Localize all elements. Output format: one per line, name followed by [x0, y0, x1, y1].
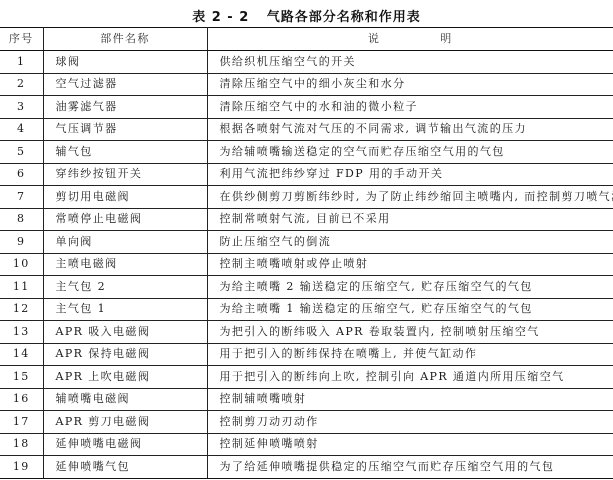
- row-serial-number: 1: [0, 51, 43, 74]
- header-description-part2: 明: [440, 32, 452, 45]
- row-description: 为给主喷嘴 1 输送稳定的压缩空气, 贮存压缩空气的气包: [207, 298, 613, 321]
- row-serial-number: 15: [0, 366, 43, 389]
- table-row: 17APR 剪刀电磁阀控制剪刀动刃动作: [0, 411, 613, 434]
- table-row: 2空气过滤器清除压缩空气中的细小灰尘和水分: [0, 73, 613, 96]
- table-row: 1球阀供给织机压缩空气的开关: [0, 51, 613, 74]
- row-description: 用于把引入的断纬向上吹, 控制引向 APR 通道内所用压缩空气: [207, 366, 613, 389]
- row-component-name: 穿纬纱按钮开关: [43, 163, 207, 186]
- row-description: 用于把引入的断纬保持在喷嘴上, 并使气缸动作: [207, 343, 613, 366]
- row-component-name: 气压调节器: [43, 118, 207, 141]
- table-row: 9单向阀防止压缩空气的倒流: [0, 231, 613, 254]
- row-serial-number: 10: [0, 253, 43, 276]
- table-caption: 表 2 - 2 气路各部分名称和作用表: [0, 6, 613, 25]
- table-row: 3油雾滤气器清除压缩空气中的水和油的微小粒子: [0, 96, 613, 119]
- row-component-name: 主气包 2: [43, 276, 207, 299]
- header-description-part1: 说: [368, 32, 380, 45]
- row-description: 为把引入的断纬吸入 APR 卷取装置内, 控制喷射压缩空气: [207, 321, 613, 344]
- row-serial-number: 5: [0, 141, 43, 164]
- table-row: 19延伸喷嘴气包为了给延伸喷嘴提供稳定的压缩空气而贮存压缩空气用的气包: [0, 456, 613, 479]
- row-description: 供给织机压缩空气的开关: [207, 51, 613, 74]
- table-number: 表 2 - 2: [192, 10, 249, 25]
- row-component-name: 常喷停止电磁阀: [43, 208, 207, 231]
- row-serial-number: 14: [0, 343, 43, 366]
- row-serial-number: 17: [0, 411, 43, 434]
- row-component-name: 主气包 1: [43, 298, 207, 321]
- row-component-name: 空气过滤器: [43, 73, 207, 96]
- table-row: 16辅喷嘴电磁阀控制辅喷嘴喷射: [0, 388, 613, 411]
- row-serial-number: 3: [0, 96, 43, 119]
- row-component-name: 主喷电磁阀: [43, 253, 207, 276]
- row-serial-number: 13: [0, 321, 43, 344]
- row-serial-number: 9: [0, 231, 43, 254]
- row-serial-number: 19: [0, 456, 43, 479]
- table-title: 气路各部分名称和作用表: [267, 10, 421, 25]
- table-row: 8常喷停止电磁阀控制常喷射气流, 目前已不采用: [0, 208, 613, 231]
- table-row: 12主气包 1为给主喷嘴 1 输送稳定的压缩空气, 贮存压缩空气的气包: [0, 298, 613, 321]
- header-serial-number: 序号: [0, 28, 43, 51]
- table-row: 5辅气包为给辅喷嘴输送稳定的空气而贮存压缩空气用的气包: [0, 141, 613, 164]
- header-component-name: 部件名称: [43, 28, 207, 51]
- header-row: 序号 部件名称 说明: [0, 28, 613, 51]
- row-component-name: APR 保持电磁阀: [43, 343, 207, 366]
- row-serial-number: 18: [0, 433, 43, 456]
- row-serial-number: 2: [0, 73, 43, 96]
- header-description: 说明: [207, 28, 613, 51]
- row-serial-number: 11: [0, 276, 43, 299]
- row-description: 控制延伸喷嘴喷射: [207, 433, 613, 456]
- components-table: 序号 部件名称 说明 1球阀供给织机压缩空气的开关2空气过滤器清除压缩空气中的细…: [0, 27, 613, 479]
- row-serial-number: 6: [0, 163, 43, 186]
- row-component-name: APR 吸入电磁阀: [43, 321, 207, 344]
- row-component-name: 剪切用电磁阀: [43, 186, 207, 209]
- row-description: 利用气流把纬纱穿过 FDP 用的手动开关: [207, 163, 613, 186]
- row-description: 控制主喷嘴喷射或停止喷射: [207, 253, 613, 276]
- row-serial-number: 12: [0, 298, 43, 321]
- row-description: 为给辅喷嘴输送稳定的空气而贮存压缩空气用的气包: [207, 141, 613, 164]
- row-component-name: 单向阀: [43, 231, 207, 254]
- row-serial-number: 8: [0, 208, 43, 231]
- row-component-name: 延伸喷嘴电磁阀: [43, 433, 207, 456]
- row-description: 在供纱侧剪刀剪断纬纱时, 为了防止纬纱缩回主喷嘴内, 而控制剪刀喷气流: [207, 186, 613, 209]
- row-description: 控制剪刀动刃动作: [207, 411, 613, 434]
- row-description: 为了给延伸喷嘴提供稳定的压缩空气而贮存压缩空气用的气包: [207, 456, 613, 479]
- row-component-name: APR 上吹电磁阀: [43, 366, 207, 389]
- row-component-name: 油雾滤气器: [43, 96, 207, 119]
- row-component-name: 球阀: [43, 51, 207, 74]
- table-row: 7剪切用电磁阀在供纱侧剪刀剪断纬纱时, 为了防止纬纱缩回主喷嘴内, 而控制剪刀喷…: [0, 186, 613, 209]
- row-component-name: 辅喷嘴电磁阀: [43, 388, 207, 411]
- row-serial-number: 7: [0, 186, 43, 209]
- table-body: 1球阀供给织机压缩空气的开关2空气过滤器清除压缩空气中的细小灰尘和水分3油雾滤气…: [0, 51, 613, 479]
- row-description: 控制辅喷嘴喷射: [207, 388, 613, 411]
- table-row: 11主气包 2为给主喷嘴 2 输送稳定的压缩空气, 贮存压缩空气的气包: [0, 276, 613, 299]
- row-serial-number: 16: [0, 388, 43, 411]
- table-row: 18延伸喷嘴电磁阀控制延伸喷嘴喷射: [0, 433, 613, 456]
- row-component-name: APR 剪刀电磁阀: [43, 411, 207, 434]
- row-component-name: 辅气包: [43, 141, 207, 164]
- table-row: 13APR 吸入电磁阀为把引入的断纬吸入 APR 卷取装置内, 控制喷射压缩空气: [0, 321, 613, 344]
- row-description: 控制常喷射气流, 目前已不采用: [207, 208, 613, 231]
- table-row: 15APR 上吹电磁阀用于把引入的断纬向上吹, 控制引向 APR 通道内所用压缩…: [0, 366, 613, 389]
- row-description: 清除压缩空气中的细小灰尘和水分: [207, 73, 613, 96]
- table-row: 6穿纬纱按钮开关利用气流把纬纱穿过 FDP 用的手动开关: [0, 163, 613, 186]
- row-description: 根据各喷射气流对气压的不同需求, 调节输出气流的压力: [207, 118, 613, 141]
- row-serial-number: 4: [0, 118, 43, 141]
- row-description: 防止压缩空气的倒流: [207, 231, 613, 254]
- table-row: 4气压调节器根据各喷射气流对气压的不同需求, 调节输出气流的压力: [0, 118, 613, 141]
- table-row: 14APR 保持电磁阀用于把引入的断纬保持在喷嘴上, 并使气缸动作: [0, 343, 613, 366]
- row-component-name: 延伸喷嘴气包: [43, 456, 207, 479]
- row-description: 清除压缩空气中的水和油的微小粒子: [207, 96, 613, 119]
- table-row: 10主喷电磁阀控制主喷嘴喷射或停止喷射: [0, 253, 613, 276]
- row-description: 为给主喷嘴 2 输送稳定的压缩空气, 贮存压缩空气的气包: [207, 276, 613, 299]
